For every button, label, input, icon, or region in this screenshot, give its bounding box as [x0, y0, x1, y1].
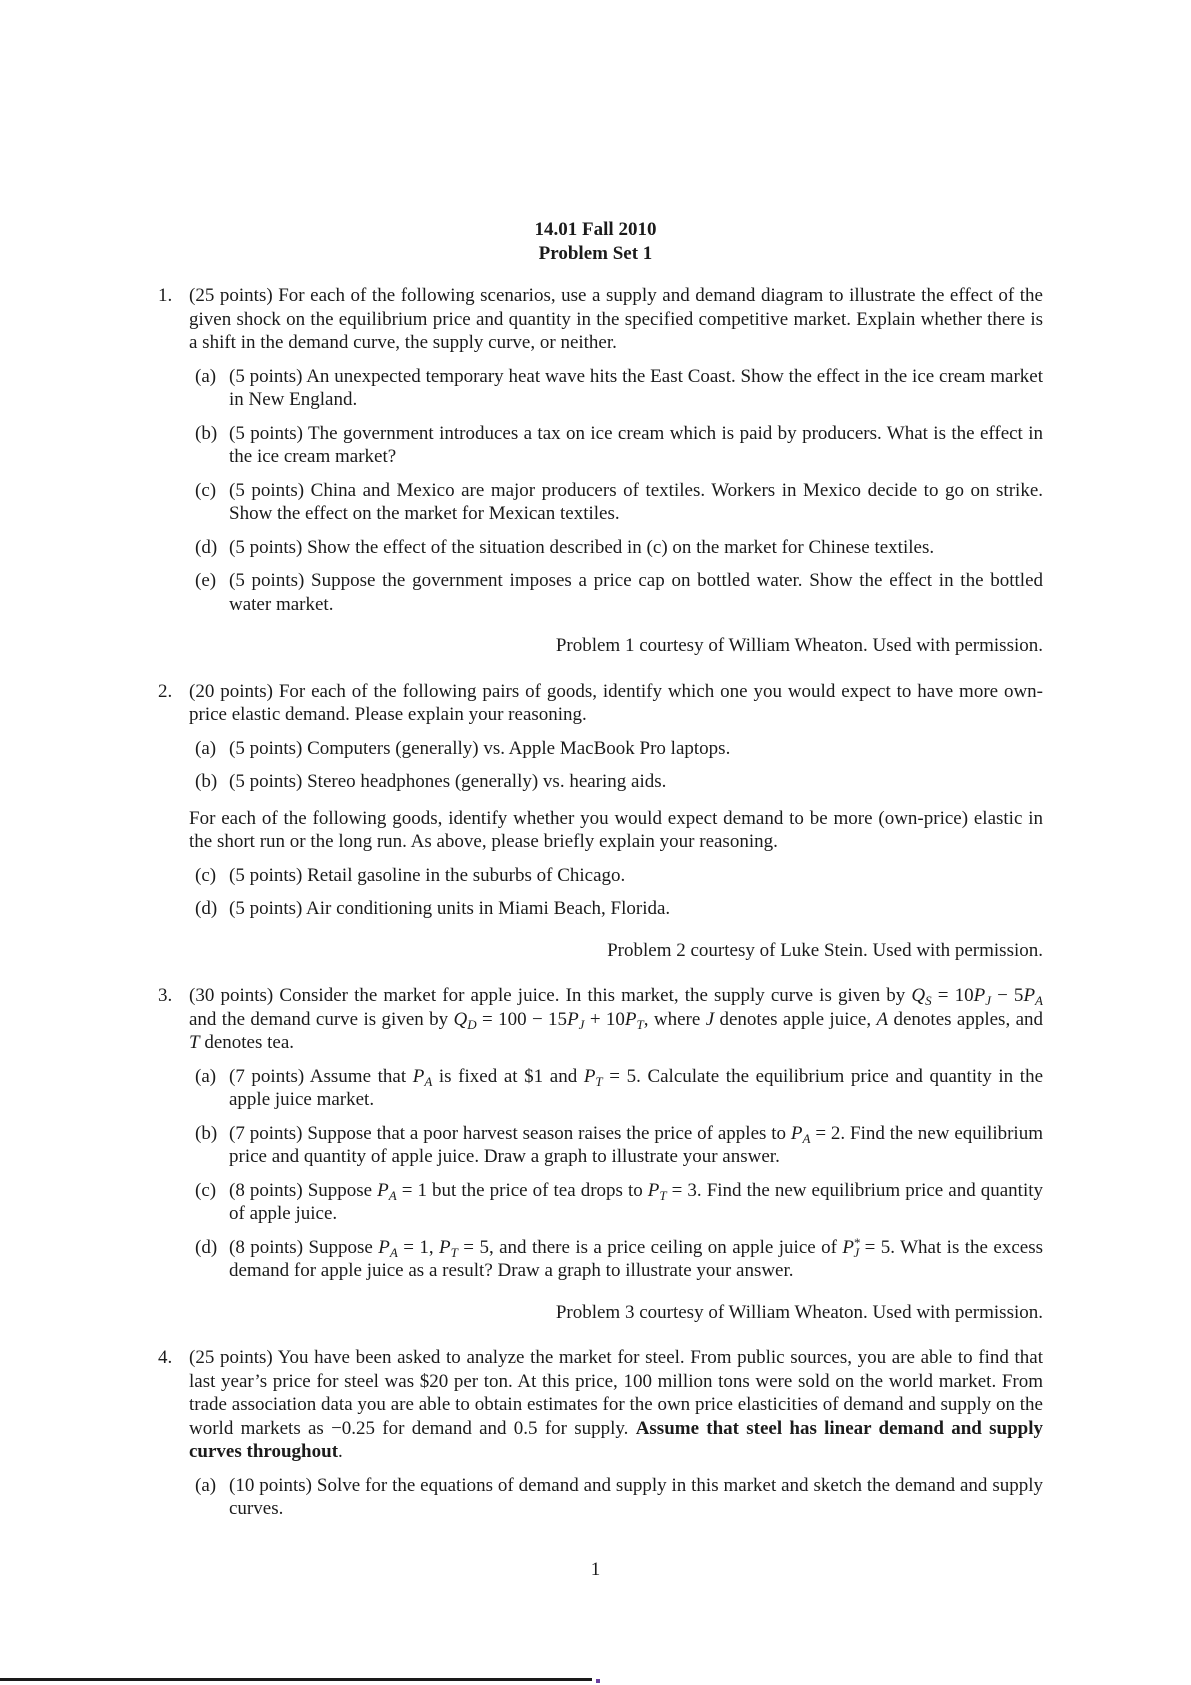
- part-text: (5 points) The government introduces a t…: [229, 422, 1043, 469]
- problem-2-body: (20 points) For each of the following pa…: [189, 680, 1043, 985]
- problem-2-number: 2.: [148, 680, 189, 704]
- problem-3-part-a: (a) (7 points) Assume that PA is fixed a…: [195, 1065, 1043, 1112]
- part-text: (8 points) Suppose PA = 1 but the price …: [229, 1179, 1043, 1226]
- part-text: (5 points) An unexpected temporary heat …: [229, 365, 1043, 412]
- problem-2-part-a: (a) (5 points) Computers (generally) vs.…: [195, 737, 1043, 761]
- part-label: (c): [195, 1179, 229, 1203]
- page-number: 1: [0, 1558, 1191, 1582]
- problem-2-part-b: (b) (5 points) Stereo headphones (genera…: [195, 770, 1043, 794]
- part-label: (a): [195, 737, 229, 761]
- problem-4-body: (25 points) You have been asked to analy…: [189, 1346, 1043, 1521]
- part-text: (5 points) China and Mexico are major pr…: [229, 479, 1043, 526]
- problem-2-part-d: (d) (5 points) Air conditioning units in…: [195, 897, 1043, 921]
- problem-1-number: 1.: [148, 284, 189, 308]
- part-label: (c): [195, 479, 229, 503]
- part-text: (10 points) Solve for the equations of d…: [229, 1474, 1043, 1521]
- part-label: (b): [195, 770, 229, 794]
- part-text: (7 points) Assume that PA is fixed at $1…: [229, 1065, 1043, 1112]
- part-text: (5 points) Computers (generally) vs. App…: [229, 737, 1043, 761]
- problem-3-body: (30 points) Consider the market for appl…: [189, 984, 1043, 1346]
- part-text: (7 points) Suppose that a poor harvest s…: [229, 1122, 1043, 1169]
- problem-1: 1. (25 points) For each of the following…: [148, 284, 1043, 680]
- problem-4: 4. (25 points) You have been asked to an…: [148, 1346, 1043, 1521]
- part-label: (a): [195, 365, 229, 389]
- problem-3-part-c: (c) (8 points) Suppose PA = 1 but the pr…: [195, 1179, 1043, 1226]
- problem-3-intro: (30 points) Consider the market for appl…: [189, 984, 1043, 1055]
- part-label: (a): [195, 1065, 229, 1089]
- problem-2-middle-paragraph: For each of the following goods, identif…: [189, 807, 1043, 854]
- problem-2-part-c: (c) (5 points) Retail gasoline in the su…: [195, 864, 1043, 888]
- problem-2: 2. (20 points) For each of the following…: [148, 680, 1043, 985]
- partial-rule: [0, 1678, 592, 1681]
- document-page: 14.01 Fall 2010 Problem Set 1 1. (25 poi…: [0, 0, 1191, 1685]
- problem-4-number: 4.: [148, 1346, 189, 1370]
- problem-1-credit: Problem 1 courtesy of William Wheaton. U…: [189, 634, 1043, 658]
- document-content: 14.01 Fall 2010 Problem Set 1 1. (25 poi…: [148, 218, 1043, 1521]
- problem-2-credit: Problem 2 courtesy of Luke Stein. Used w…: [189, 939, 1043, 963]
- problem-4-intro: (25 points) You have been asked to analy…: [189, 1346, 1043, 1464]
- problem-3: 3. (30 points) Consider the market for a…: [148, 984, 1043, 1346]
- problem-1-part-e: (e) (5 points) Suppose the government im…: [195, 569, 1043, 616]
- part-text: (5 points) Show the effect of the situat…: [229, 536, 1043, 560]
- document-header: 14.01 Fall 2010 Problem Set 1: [148, 218, 1043, 265]
- problem-3-part-b: (b) (7 points) Suppose that a poor harve…: [195, 1122, 1043, 1169]
- problem-4-part-a: (a) (10 points) Solve for the equations …: [195, 1474, 1043, 1521]
- part-label: (d): [195, 897, 229, 921]
- problem-1-part-b: (b) (5 points) The government introduces…: [195, 422, 1043, 469]
- part-text: (5 points) Suppose the government impose…: [229, 569, 1043, 616]
- problem-3-number: 3.: [148, 984, 189, 1008]
- part-text: (8 points) Suppose PA = 1, PT = 5, and t…: [229, 1236, 1043, 1283]
- problem-2-intro: (20 points) For each of the following pa…: [189, 680, 1043, 727]
- part-label: (b): [195, 1122, 229, 1146]
- problem-1-body: (25 points) For each of the following sc…: [189, 284, 1043, 680]
- part-label: (d): [195, 1236, 229, 1260]
- rule-end-dot: [596, 1679, 600, 1683]
- problem-3-part-d: (d) (8 points) Suppose PA = 1, PT = 5, a…: [195, 1236, 1043, 1283]
- part-text: (5 points) Retail gasoline in the suburb…: [229, 864, 1043, 888]
- part-text: (5 points) Stereo headphones (generally)…: [229, 770, 1043, 794]
- problem-1-intro: (25 points) For each of the following sc…: [189, 284, 1043, 355]
- problem-3-credit: Problem 3 courtesy of William Wheaton. U…: [189, 1301, 1043, 1325]
- part-label: (d): [195, 536, 229, 560]
- part-label: (e): [195, 569, 229, 593]
- problem-set-heading: Problem Set 1: [148, 242, 1043, 266]
- part-label: (b): [195, 422, 229, 446]
- part-text: (5 points) Air conditioning units in Mia…: [229, 897, 1043, 921]
- part-label: (c): [195, 864, 229, 888]
- problem-1-part-c: (c) (5 points) China and Mexico are majo…: [195, 479, 1043, 526]
- part-label: (a): [195, 1474, 229, 1498]
- course-heading: 14.01 Fall 2010: [148, 218, 1043, 242]
- problem-1-part-d: (d) (5 points) Show the effect of the si…: [195, 536, 1043, 560]
- problem-1-part-a: (a) (5 points) An unexpected temporary h…: [195, 365, 1043, 412]
